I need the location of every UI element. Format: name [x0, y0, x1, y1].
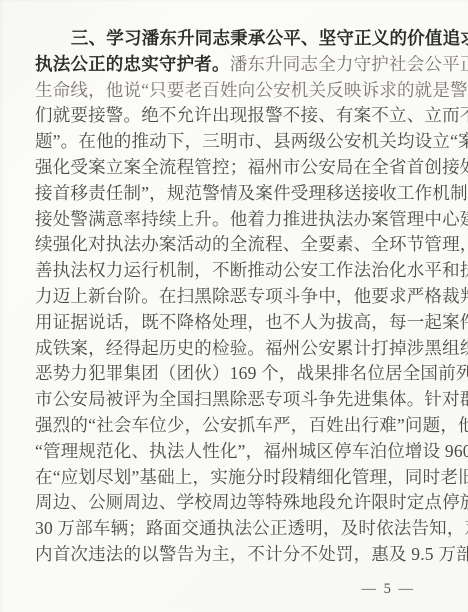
text-line: 强烈的“社会车位少，公安抓车严，百姓出行难”问题，他提出 [35, 413, 437, 439]
text-line: 执法公正的忠实守护者。潘东升同志全力守护社会公平正义这条 [35, 52, 437, 78]
text-block: 三、学习潘东升同志秉承公平、坚守正义的价值追求，永做执法公正的忠实守护者。潘东升… [35, 26, 437, 568]
body-segment: 用证据说话，既不降格处理，也不人为拔高，每一起案件都要办 [35, 312, 468, 332]
text-line: 接处警满意率持续上升。他着力推进执法办案管理中心建设，持 [35, 207, 437, 233]
body-segment: 们就要接警。绝不允许出现报警不接、有案不立、立而不侦的问 [35, 105, 468, 125]
text-line: 恶势力犯罪集团（团伙）169 个，战果排名位居全国前列，福州 [35, 361, 437, 387]
body-segment: 内首次违法的以警告为主，不计分不处罚，惠及 9.5 万部车辆， [35, 544, 468, 564]
text-line: 成铁案，经得起历史的检验。福州公安累计打掉涉黑组织 35 个、 [35, 336, 437, 362]
text-line: 续强化对执法办案活动的全流程、全要素、全环节管理，健全完 [35, 232, 437, 258]
body-segment: 恶势力犯罪集团（团伙）169 个，战果排名位居全国前列，福州 [35, 363, 468, 383]
text-line: 周边、公厕周边、学校周边等特殊地段允许限时定点停放，惠及 [35, 490, 437, 516]
body-segment: 接首移责任制”，规范警情及案件受理移送接收工作机制，群众对 [35, 183, 468, 203]
body-segment: 市公安局被评为全国扫黑除恶专项斗争先进集体。针对群众反映 [35, 389, 468, 409]
text-line: 30 万部车辆；路面交通执法公正透明，及时依法告知，对三个月 [35, 516, 437, 542]
body-segment: 强化受案立案全流程管控；福州市公安局在全省首创接处警“首 [35, 157, 468, 177]
text-line: 力迈上新台阶。在扫黑除恶专项斗争中，他要求严格裁判标准， [35, 284, 437, 310]
body-segment: 善执法权力运行机制，不断推动公安工作法治化水平和执法公信 [35, 260, 468, 280]
body-segment: 生命线，他说“只要老百姓向公安机关反映诉求的就是警情，我 [35, 80, 468, 100]
page-number: — 5 — [362, 581, 416, 598]
body-segment: 题”。在他的推动下，三明市、县两级公安机关均设立“案管中心”， [35, 131, 468, 151]
text-line: 接首移责任制”，规范警情及案件受理移送接收工作机制，群众对 [35, 181, 437, 207]
body-segment: 周边、公厕周边、学校周边等特殊地段允许限时定点停放，惠及 [35, 492, 468, 512]
text-line: 在“应划尽划”基础上，实施分时段精细化管理，同时老旧小区 [35, 465, 437, 491]
body-segment: 在“应划尽划”基础上，实施分时段精细化管理，同时老旧小区 [35, 467, 468, 487]
text-line: 内首次违法的以警告为主，不计分不处罚，惠及 9.5 万部车辆， [35, 542, 437, 568]
body-segment: 30 万部车辆；路面交通执法公正透明，及时依法告知，对三个月 [35, 518, 468, 538]
body-segment: 续强化对执法办案活动的全流程、全要素、全环节管理，健全完 [35, 234, 468, 254]
body-segment: “管理规范化、执法人性化”，福州城区停车泊位增设 9600 个， [35, 441, 468, 461]
body-segment: 潘东升同志全力守护社会公平正义这条 [230, 54, 468, 74]
text-line: 用证据说话，既不降格处理，也不人为拔高，每一起案件都要办 [35, 310, 437, 336]
text-line: 生命线，他说“只要老百姓向公安机关反映诉求的就是警情，我 [35, 78, 437, 104]
text-line: 们就要接警。绝不允许出现报警不接、有案不立、立而不侦的问 [35, 103, 437, 129]
text-line: 三、学习潘东升同志秉承公平、坚守正义的价值追求，永做 [35, 26, 437, 52]
text-line: 强化受案立案全流程管控；福州市公安局在全省首创接处警“首 [35, 155, 437, 181]
document-page: 三、学习潘东升同志秉承公平、坚守正义的价值追求，永做执法公正的忠实守护者。潘东升… [0, 0, 468, 612]
text-line: 善执法权力运行机制，不断推动公安工作法治化水平和执法公信 [35, 258, 437, 284]
body-segment: 成铁案，经得起历史的检验。福州公安累计打掉涉黑组织 35 个、 [35, 338, 468, 358]
heading-segment: 三、学习潘东升同志秉承公平、坚守正义的价值追求，永做 [71, 28, 468, 48]
heading-segment: 执法公正的忠实守护者。 [35, 54, 230, 74]
text-line: 题”。在他的推动下，三明市、县两级公安机关均设立“案管中心”， [35, 129, 437, 155]
text-line: 市公安局被评为全国扫黑除恶专项斗争先进集体。针对群众反映 [35, 387, 437, 413]
text-line: “管理规范化、执法人性化”，福州城区停车泊位增设 9600 个， [35, 439, 437, 465]
body-segment: 力迈上新台阶。在扫黑除恶专项斗争中，他要求严格裁判标准， [35, 286, 468, 306]
body-segment: 强烈的“社会车位少，公安抓车严，百姓出行难”问题，他提出 [35, 415, 468, 435]
body-segment: 接处警满意率持续上升。他着力推进执法办案管理中心建设，持 [35, 209, 468, 229]
